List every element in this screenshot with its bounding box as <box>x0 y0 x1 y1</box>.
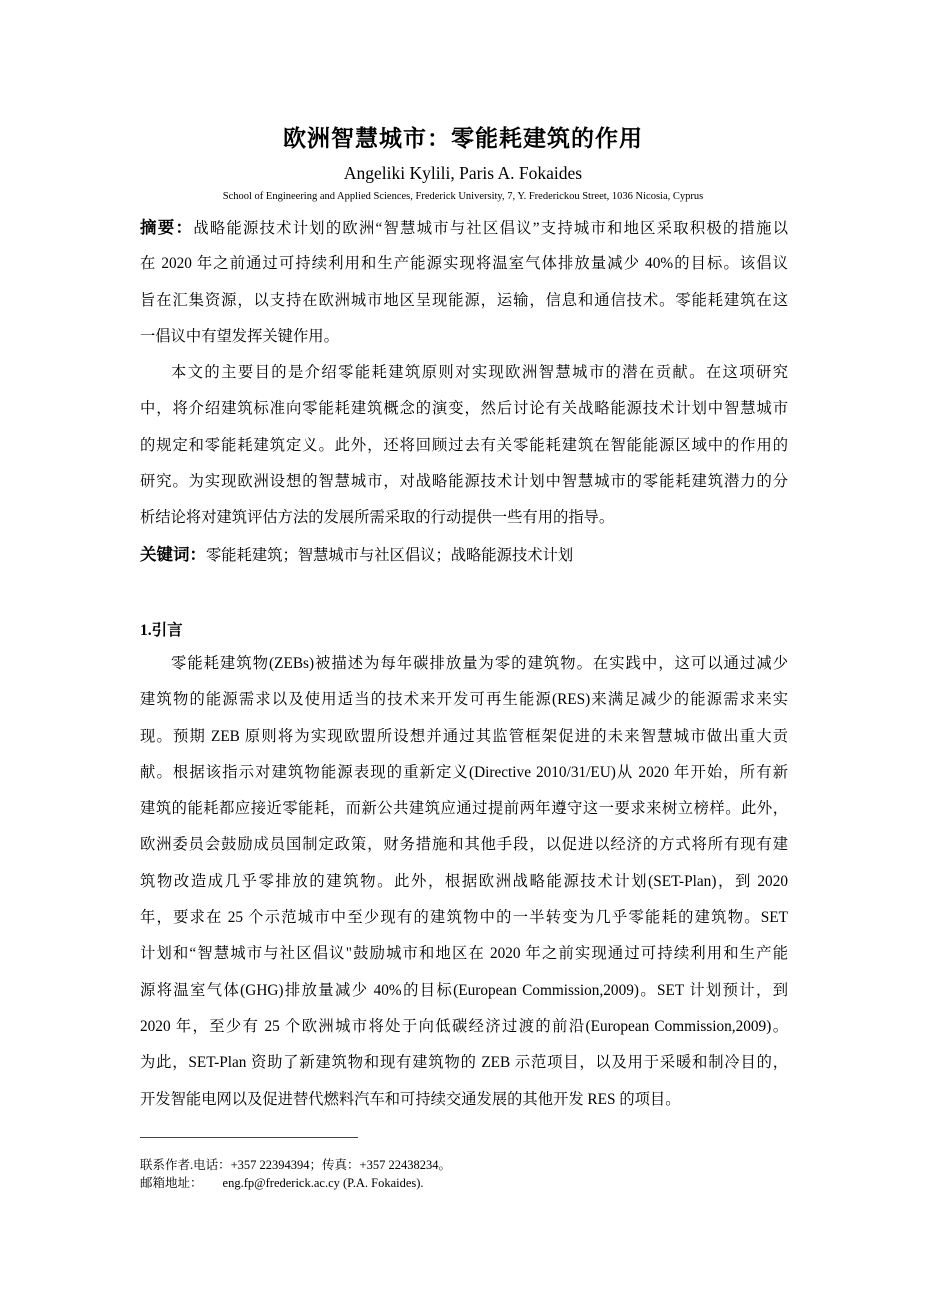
body-line: 计划和“智慧城市与社区倡议"鼓励城市和地区在 2020 年之前实现通过可持续利用… <box>140 936 788 972</box>
paper-affiliation: School of Engineering and Applied Scienc… <box>0 191 926 202</box>
footnote-contact: 联系作者.电话：+357 22394394；传真：+357 22438234。 <box>140 1156 451 1174</box>
body-line: 为此，SET-Plan 资助了新建筑物和现有建筑物的 ZEB 示范项目，以及用于… <box>140 1045 788 1081</box>
abstract-line: 析结论将对建筑评估方法的发展所需采取的行动提供一些有用的指导。 <box>140 500 788 536</box>
paper-title: 欧洲智慧城市：零能耗建筑的作用 <box>0 120 926 153</box>
section-heading: 1.引言 <box>140 618 183 640</box>
paper-authors: Angeliki Kylili, Paris A. Fokaides <box>0 163 926 184</box>
body-line: 建筑的能耗都应接近零能耗，而新公共建筑应通过提前两年遵守这一要求来树立榜样。此外… <box>140 791 788 827</box>
keywords-label: 关键词： <box>140 545 206 564</box>
abstract-line: 在 2020 年之前通过可持续利用和生产能源实现将温室气体排放量减少 40%的目… <box>140 246 788 282</box>
body-line: 源将温室气体(GHG)排放量减少 40%的目标(European Commiss… <box>140 973 788 1009</box>
abstract-line: 的规定和零能耗建筑定义。此外，还将回顾过去有关零能耗建筑在智能能源区域中的作用的 <box>140 428 788 464</box>
section-body: 零能耗建筑物(ZEBs)被描述为每年碳排放量为零的建筑物。在实践中，这可以通过减… <box>140 646 788 1118</box>
footnote: 联系作者.电话：+357 22394394；传真：+357 22438234。 … <box>140 1156 451 1192</box>
abstract-line: 一倡议中有望发挥关键作用。 <box>140 319 788 355</box>
abstract-line: 中，将介绍建筑标准向零能耗建筑概念的演变，然后讨论有关战略能源技术计划中智慧城市 <box>140 391 788 427</box>
body-line: 开发智能电网以及促进替代燃料汽车和可持续交通发展的其他开发 RES 的项目。 <box>140 1082 788 1118</box>
abstract-line: 旨在汇集资源，以支持在欧洲城市地区呈现能源，运输，信息和通信技术。零能耗建筑在这 <box>140 283 788 319</box>
keywords-text: 零能耗建筑；智慧城市与社区倡议；战略能源技术计划 <box>206 547 573 564</box>
abstract-line: 本文的主要目的是介绍零能耗建筑原则对实现欧洲智慧城市的潜在贡献。在这项研究 <box>140 355 788 391</box>
body-line: 筑物改造成几乎零排放的建筑物。此外，根据欧洲战略能源技术计划(SET-Plan)… <box>140 864 788 900</box>
footnote-divider <box>140 1137 358 1138</box>
abstract-text: 战略能源技术计划的欧洲“智慧城市与社区倡议”支持城市和地区采取积极的措施以 <box>193 220 788 237</box>
abstract-line: 摘要：战略能源技术计划的欧洲“智慧城市与社区倡议”支持城市和地区采取积极的措施以 <box>140 210 788 246</box>
abstract-line: 研究。为实现欧洲设想的智慧城市，对战略能源技术计划中智慧城市的零能耗建筑潜力的分 <box>140 464 788 500</box>
body-line: 年，要求在 25 个示范城市中至少现有的建筑物中的一半转变为几乎零能耗的建筑物。… <box>140 900 788 936</box>
footnote-email-label: 邮箱地址： <box>140 1176 203 1190</box>
footnote-email-line: 邮箱地址：eng.fp@frederick.ac.cy (P.A. Fokaid… <box>140 1174 451 1192</box>
body-line: 欧洲委员会鼓励成员国制定政策，财务措施和其他手段，以促进以经济的方式将所有现有建 <box>140 827 788 863</box>
body-line: 建筑物的能源需求以及使用适当的技术来开发可再生能源(RES)来满足减少的能源需求… <box>140 682 788 718</box>
body-line: 献。根据该指示对建筑物能源表现的重新定义(Directive 2010/31/E… <box>140 755 788 791</box>
abstract: 摘要：战略能源技术计划的欧洲“智慧城市与社区倡议”支持城市和地区采取积极的措施以… <box>140 210 788 573</box>
abstract-label: 摘要： <box>140 218 193 237</box>
footnote-email-link[interactable]: eng.fp@frederick.ac.cy (P.A. Fokaides). <box>223 1176 424 1190</box>
keywords: 关键词：零能耗建筑；智慧城市与社区倡议；战略能源技术计划 <box>140 537 788 573</box>
body-line: 2020 年，至少有 25 个欧洲城市将处于向低碳经济过渡的前沿(Europea… <box>140 1009 788 1045</box>
body-line: 现。预期 ZEB 原则将为实现欧盟所设想并通过其监管框架促进的未来智慧城市做出重… <box>140 719 788 755</box>
body-line: 零能耗建筑物(ZEBs)被描述为每年碳排放量为零的建筑物。在实践中，这可以通过减… <box>140 646 788 682</box>
paper-page: 欧洲智慧城市：零能耗建筑的作用 Angeliki Kylili, Paris A… <box>0 0 926 1309</box>
